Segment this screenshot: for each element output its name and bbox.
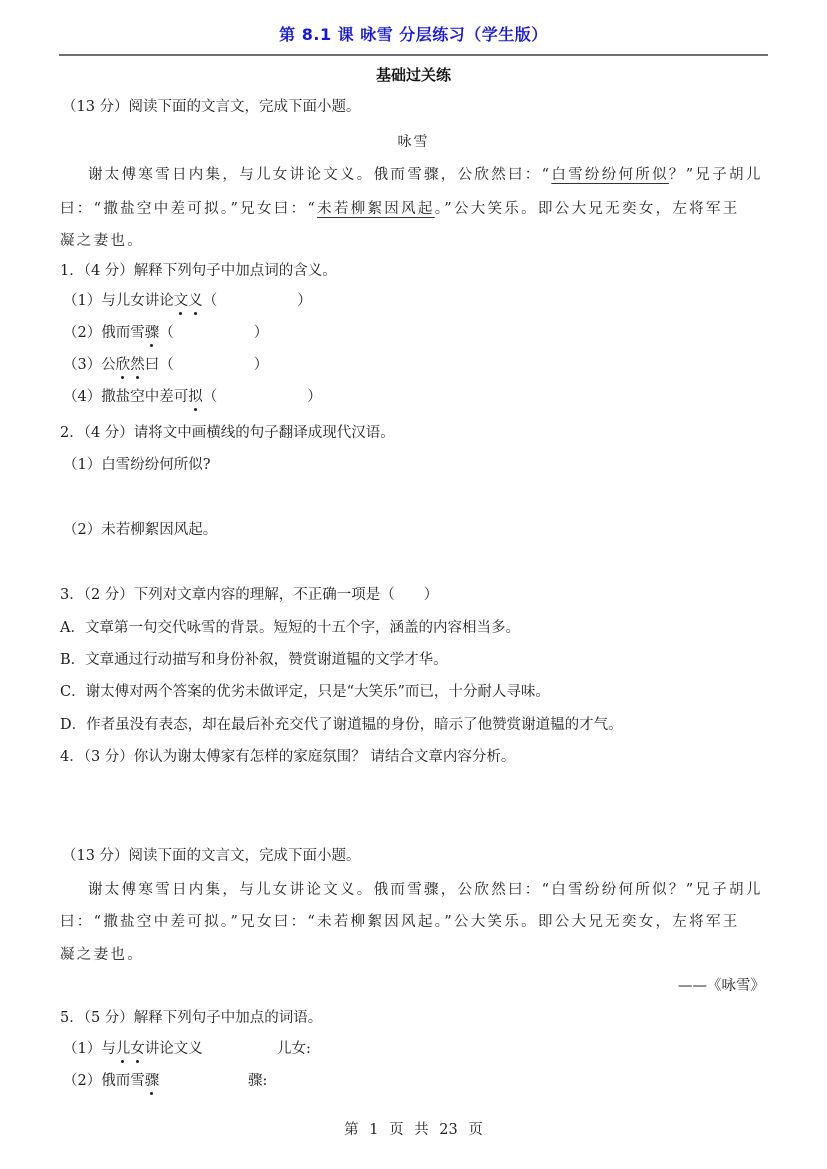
part2-passage-line-1: 谢太傅寒雪日内集，与儿女讲论文义。俄而雪骤，公欣然曰：“白雪纷纷何所似？”兄子胡…: [88, 878, 763, 899]
q5-item-2-answer-label[interactable]: 骤:: [248, 1071, 267, 1091]
answer-paren-close: ）: [254, 357, 269, 373]
underlined-sentence-2: 未若柳絮因风起: [317, 201, 435, 217]
answer-paren-open: （: [203, 293, 218, 309]
dotted-char: 文: [174, 291, 189, 311]
item-text: 曰: [145, 357, 160, 373]
section-title: 基础过关练: [0, 64, 827, 85]
answer-paren-close: ）: [254, 325, 269, 341]
dotted-char: 欣: [116, 355, 131, 375]
passage-text: ？”兄子胡儿: [669, 167, 763, 183]
item-number: （2）: [63, 1073, 101, 1089]
page-number: 第 1 页 共 23 页: [0, 1118, 827, 1139]
answer-paren-close: ）: [307, 389, 322, 405]
item-text: 讲论文义: [145, 1041, 203, 1057]
q2-stem: 2．（4 分）请将文中画横线的句子翻译成现代汉语。: [60, 423, 395, 443]
item-number: （4）: [63, 389, 101, 405]
q1-item-3: （3）公欣然曰（）: [63, 355, 268, 375]
item-text: 公: [101, 357, 116, 373]
passage-text: 谢太傅寒雪日内集，与儿女讲论文义。俄而雪骤，公欣然曰：“: [88, 167, 551, 183]
dotted-char: 骤: [145, 1071, 160, 1091]
q1-item-2: （2）俄而雪骤（）: [63, 323, 268, 343]
dotted-char: 女: [130, 1039, 145, 1059]
part1-intro: （13 分）阅读下面的文言文，完成下面小题。: [62, 97, 361, 117]
item-text: 与: [101, 1041, 116, 1057]
passage-source: ——《咏雪》: [678, 976, 765, 996]
item-number: （2）: [63, 325, 101, 341]
item-text: 与儿女讲论: [101, 293, 174, 309]
answer-paren-open: （: [159, 357, 174, 373]
q2-item-2: （2）未若柳絮因风起。: [63, 520, 217, 540]
document-header-title: 第 8.1 课 咏雪 分层练习（学生版）: [0, 22, 827, 45]
q1-item-1: （1）与儿女讲论文义（）: [63, 291, 312, 311]
passage-text: 。”公大笑乐。即公大兄无奕女，左将军王: [435, 201, 740, 217]
item-text: 俄而雪: [101, 325, 145, 341]
passage-text: 曰：“撒盐空中差可拟。”兄女曰：“: [60, 201, 317, 217]
q3-option-d[interactable]: D．作者虽没有表态，却在最后补充交代了谢道韫的身份，暗示了他赞赏谢道韫的才气。: [60, 715, 623, 735]
q1-item-4: （4）撒盐空中差可拟（）: [63, 387, 322, 407]
passage-line-1: 谢太傅寒雪日内集，与儿女讲论文义。俄而雪骤，公欣然曰：“白雪纷纷何所似？”兄子胡…: [88, 163, 763, 184]
q3-option-c[interactable]: C．谢太傅对两个答案的优劣未做评定，只是“大笑乐”而已，十分耐人寻味。: [60, 682, 550, 702]
q3-stem: 3．（2 分）下列对文章内容的理解，不正确一项是（ ）: [60, 585, 438, 605]
q1-stem: 1．（4 分）解释下列句子中加点词的含义。: [60, 261, 337, 281]
item-text: 俄而雪: [101, 1073, 145, 1089]
answer-paren-open: （: [203, 389, 218, 405]
q2-item-1: （1）白雪纷纷何所似?: [63, 455, 211, 475]
item-number: （3）: [63, 357, 101, 373]
item-number: （1）: [63, 1041, 101, 1057]
part2-intro: （13 分）阅读下面的文言文，完成下面小题。: [62, 846, 361, 866]
dotted-char: 骤: [145, 323, 160, 343]
q5-item-1-answer-label[interactable]: 儿女:: [277, 1039, 311, 1059]
q5-stem: 5．（5 分）解释下列句子中加点的词语。: [60, 1008, 322, 1028]
dotted-char: 然: [130, 355, 145, 375]
passage-line-3: 凝之妻也。: [60, 229, 144, 250]
q5-item-2: （2）俄而雪骤: [63, 1071, 159, 1091]
dotted-char: 儿: [116, 1039, 131, 1059]
dotted-char: 义: [188, 291, 203, 311]
item-number: （1）: [63, 293, 101, 309]
underlined-sentence-1: 白雪纷纷何所似: [551, 167, 669, 183]
dotted-char: 拟: [188, 387, 203, 407]
q4-stem: 4．（3 分）你认为谢太傅家有怎样的家庭氛围？ 请结合文章内容分析。: [60, 747, 515, 767]
answer-paren-open: （: [159, 325, 174, 341]
item-text: 撒盐空中差可: [101, 389, 188, 405]
q5-item-1: （1）与儿女讲论文义: [63, 1039, 203, 1059]
header-divider: [59, 54, 768, 56]
passage-line-2: 曰：“撒盐空中差可拟。”兄女曰：“未若柳絮因风起。”公大笑乐。即公大兄无奕女，左…: [60, 197, 740, 218]
part2-passage-line-3: 凝之妻也。: [60, 943, 144, 964]
q3-option-b[interactable]: B．文章通过行动描写和身份补叙，赞赏谢道韫的文学才华。: [60, 650, 448, 670]
part2-passage-line-2: 曰：“撒盐空中差可拟。”兄女曰：“未若柳絮因风起。”公大笑乐。即公大兄无奕女，左…: [60, 910, 740, 931]
answer-paren-close: ）: [297, 293, 312, 309]
poem-title: 咏雪: [0, 131, 827, 151]
q3-option-a[interactable]: A．文章第一句交代咏雪的背景。短短的十五个字，涵盖的内容相当多。: [60, 618, 520, 638]
